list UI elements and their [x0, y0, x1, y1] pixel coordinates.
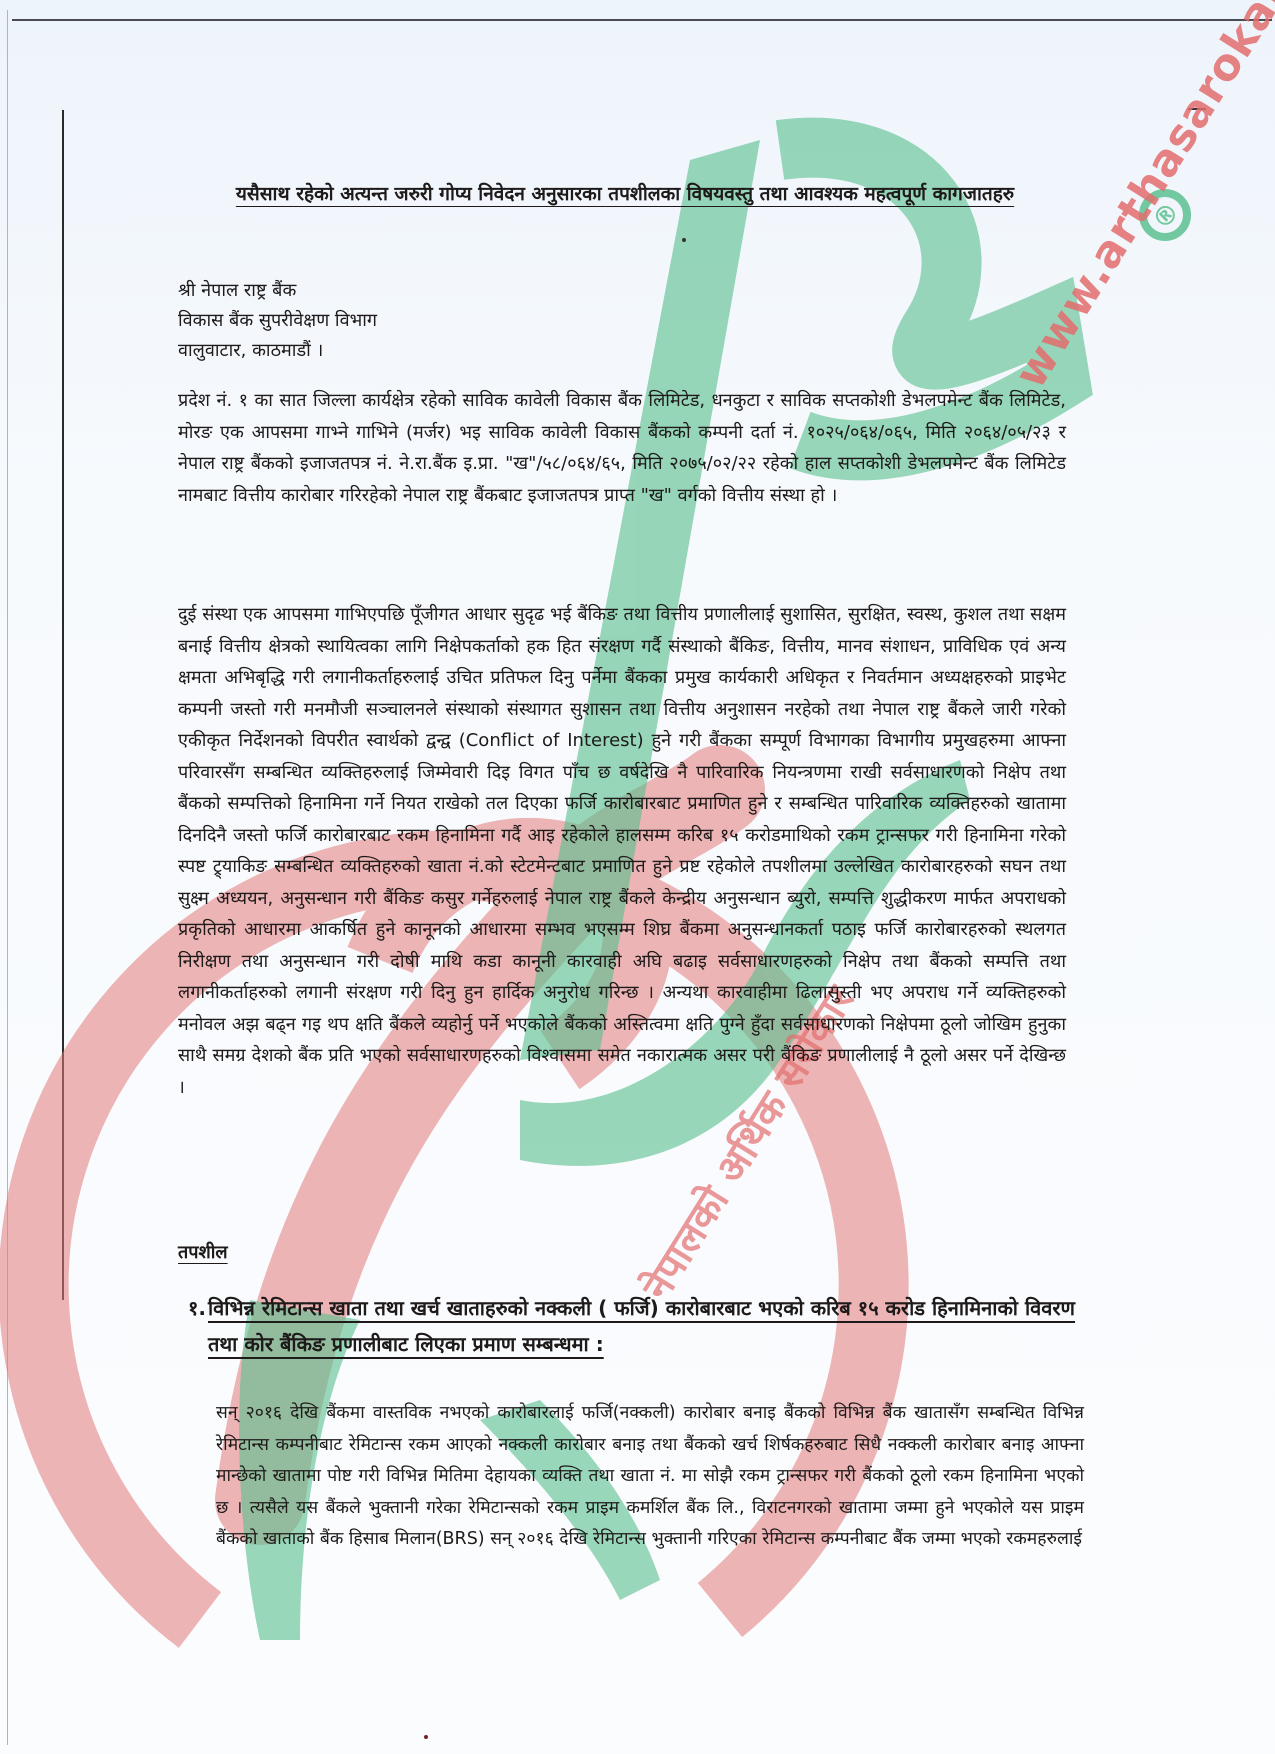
paragraph-intro: प्रदेश नं. १ का सात जिल्ला कार्यक्षेत्र … — [178, 385, 1066, 511]
scan-speck — [682, 238, 686, 242]
scan-speck — [424, 1735, 428, 1739]
recipient-address: श्री नेपाल राष्ट्र बैंक विकास बैंक सुपरी… — [178, 276, 377, 366]
recipient-line-2: विकास बैंक सुपरीवेक्षण विभाग — [178, 306, 377, 336]
item-1-body: सन् २०१६ देखि बैंकमा वास्तविक नभएको कारो… — [216, 1398, 1084, 1556]
item-1-heading: १. विभिन्न रेमिटान्स खाता तथा खर्च खाताह… — [188, 1290, 1088, 1362]
item-1-number: १. — [188, 1290, 206, 1326]
paragraph-request: दुई संस्था एक आपसमा गाभिएपछि पूँजीगत आधा… — [178, 599, 1066, 1103]
recipient-line-1: श्री नेपाल राष्ट्र बैंक — [178, 276, 377, 306]
item-1-heading-text: विभिन्न रेमिटान्स खाता तथा खर्च खाताहरुक… — [208, 1290, 1088, 1362]
section-label-details: तपशील — [178, 1240, 228, 1264]
document-content: यसैसाथ रहेको अत्यन्त जरुरी गोप्य निवेदन … — [0, 0, 1275, 1754]
document-title: यसैसाथ रहेको अत्यन्त जरुरी गोप्य निवेदन … — [160, 178, 1090, 210]
recipient-line-3: वालुवाटार, काठमाडौं । — [178, 336, 377, 366]
